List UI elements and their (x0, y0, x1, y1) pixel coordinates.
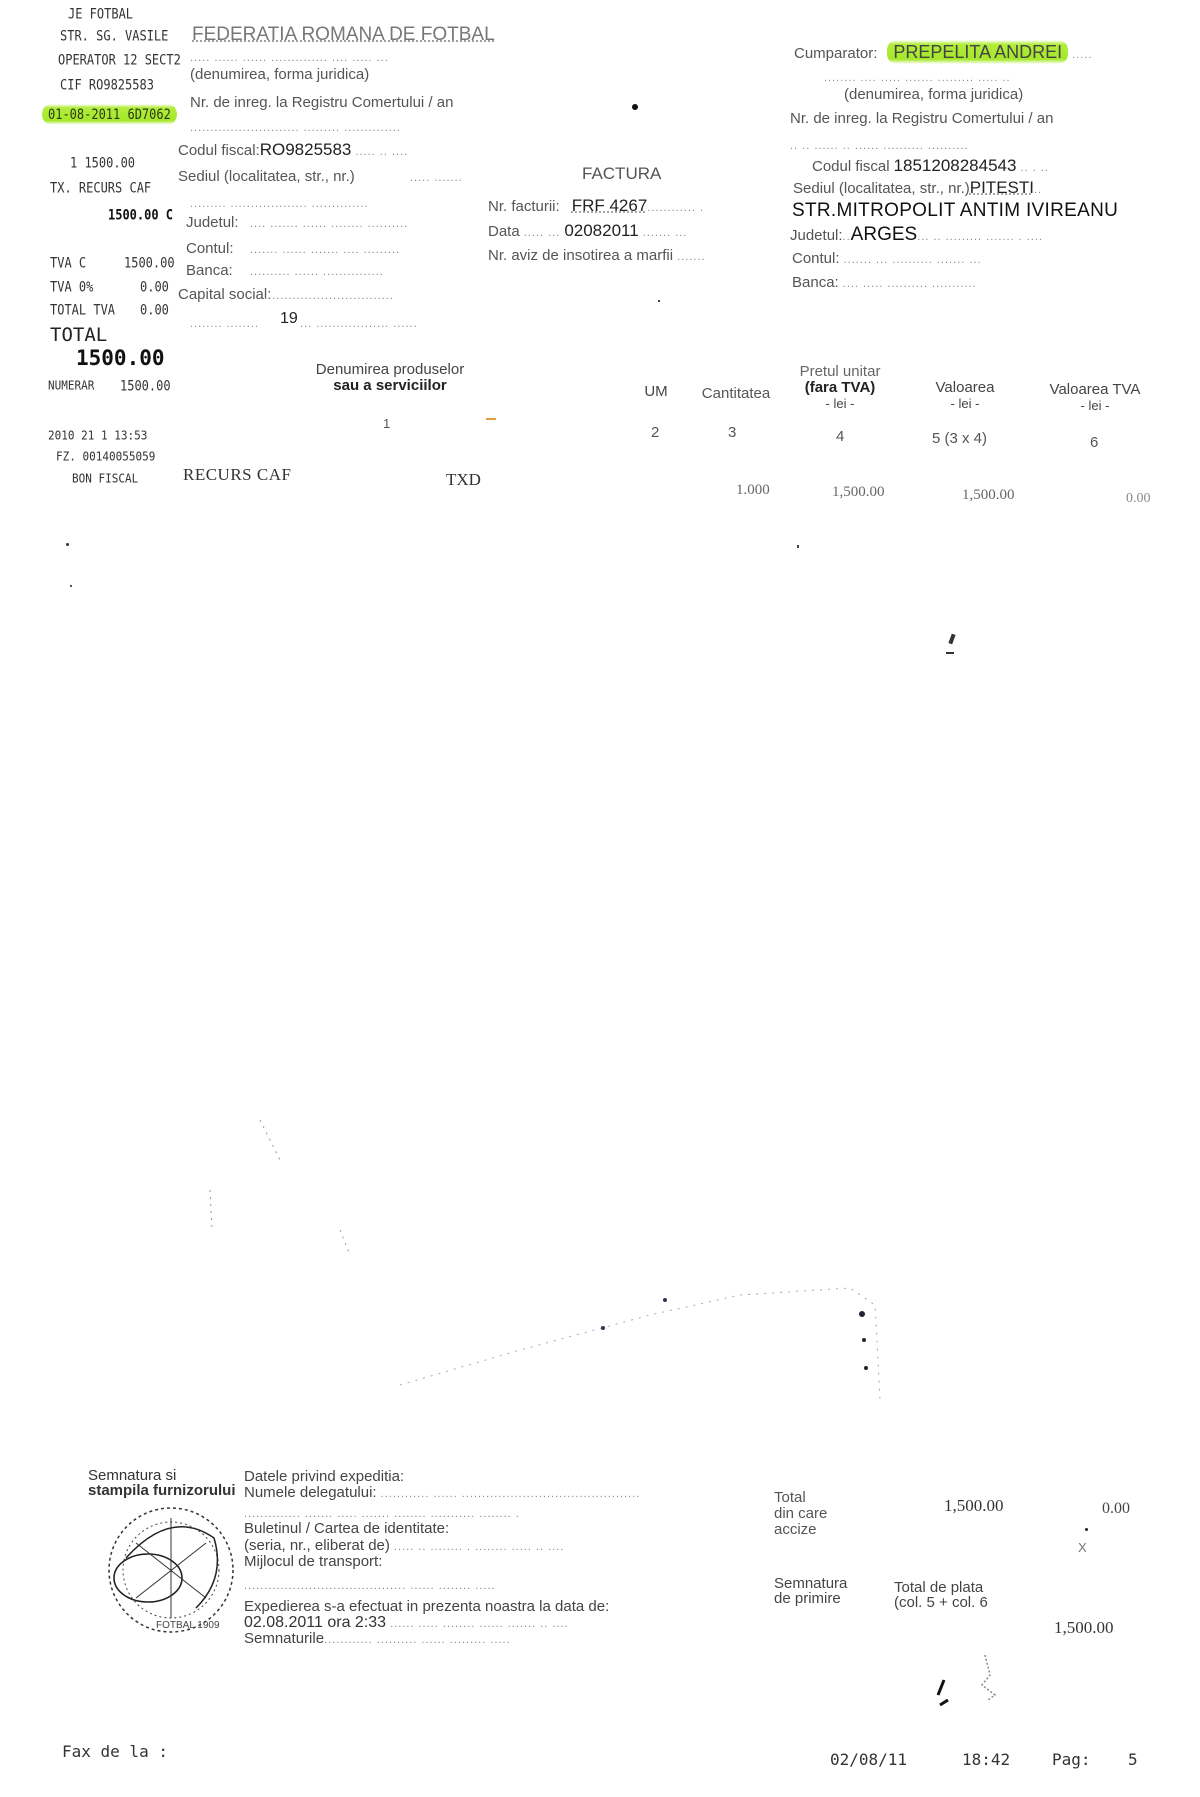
grand-total-line1: Total de plata (894, 1580, 988, 1595)
grand-total-label: Total de plata (col. 5 + col. 6 (894, 1580, 988, 1610)
supplier-fiscal-value: RO9825583 (260, 140, 352, 159)
speck (797, 545, 799, 548)
row-vat: 0.00 (1126, 491, 1151, 507)
signatures-label: Semnaturile (244, 1630, 324, 1647)
dotted-line: ........................... ......... ..… (190, 122, 401, 134)
buyer-address-street: STR.MITROPOLIT ANTIM IVIREANU (792, 200, 1118, 222)
receipt-tax-label: TVA 0% (50, 279, 93, 295)
receipt-signature-label: Semnatura de primire (774, 1576, 847, 1606)
header-price-line3: - lei - (780, 396, 900, 412)
buyer-fiscal-value: 1851208284543 (894, 156, 1017, 175)
supplier-stamp-icon: FOTBAL 1909 (96, 1498, 246, 1638)
transport-label: Mijlocul de transport: (244, 1553, 382, 1570)
supplier-account-label: Contul: (186, 240, 234, 257)
dotted-line: ........................................… (244, 1580, 495, 1592)
row-code: TXD (446, 470, 481, 490)
delegate-row: Numele delegatului: ............ ...... … (244, 1484, 640, 1502)
total-label-line1: Total (774, 1490, 827, 1506)
buyer-fiscal-label: Codul fiscal (812, 158, 890, 175)
id-label: Buletinul / Cartea de identitate: (244, 1520, 449, 1537)
supplier-fiscal-label: Codul fiscal: (178, 142, 260, 159)
signature-scribble (930, 1650, 1010, 1710)
buyer-bank-label: Banca: (792, 274, 839, 291)
buyer-reg-label: Nr. de inreg. la Registru Comertului / a… (790, 110, 1053, 127)
row-product: RECURS CAF (183, 465, 291, 485)
buyer-bank-row: Banca: .... ..... .......... ........... (792, 274, 977, 292)
buyer-name-row: Cumparator: PREPELITA ANDREI ..... (794, 42, 1092, 63)
expedition-datetime: 02.08.2011 ora 2:33 (244, 1614, 386, 1631)
supplier-bank-label: Banca: (186, 262, 233, 279)
dotted-line: ..... ....... (410, 172, 463, 184)
total-label-line2: din care (774, 1506, 827, 1522)
speck (70, 585, 72, 587)
dotted-line: .... ....... ...... ........ .......... (250, 218, 408, 230)
fax-date: 02/08/11 (830, 1750, 907, 1769)
column-number: 2 (651, 424, 659, 441)
total-value: 1,500.00 (944, 1496, 1004, 1516)
id-caption: (seria, nr., eliberat de) (244, 1537, 390, 1554)
receipt-total-label: TOTAL (50, 324, 107, 346)
faint-scan-artifact (380, 1260, 940, 1420)
invoice-aviz-row: Nr. aviz de insotirea a marfii ....... (488, 247, 706, 265)
invoice-number-row: Nr. facturii: FRF 4267............ . (488, 196, 704, 216)
column-number: 1 (383, 416, 390, 431)
supplier-reg-label: Nr. de inreg. la Registru Comertului / a… (190, 94, 453, 111)
dotted-line: ......... ................... ..........… (190, 198, 368, 210)
supplier-capital-label: Capital social: (178, 286, 271, 303)
header-product-line2: sau a serviciilor (290, 378, 490, 394)
buyer-address-city: PITESTI (970, 178, 1034, 197)
pen-mark (946, 652, 954, 654)
header-vat: Valoarea TVA - lei - (1030, 382, 1160, 414)
receipt-item-name: TX. RECURS CAF (50, 180, 151, 196)
total-vat: 0.00 (1102, 1500, 1130, 1518)
receipt-total-value: 1500.00 (76, 346, 165, 370)
column-number: 3 (728, 424, 736, 441)
buyer-address-row: Sediul (localitatea, str., nr.)PITESTI.. (793, 178, 1042, 198)
dotted-line: ................................. (260, 290, 394, 302)
invoice-date-label: Data (488, 223, 520, 240)
total-label: Total din care accize (774, 1490, 827, 1538)
invoice-number-label: Nr. facturii: (488, 198, 560, 215)
receipt-tax-value: 1500.00 (124, 255, 175, 271)
receipt-payment-label: NUMERAR (48, 378, 94, 393)
excise-mark: X (1078, 1540, 1087, 1555)
buyer-county-value: ARGES (851, 224, 918, 245)
dotted-line: ... .................. ...... (300, 318, 418, 330)
svg-text:FOTBAL 1909: FOTBAL 1909 (156, 1620, 220, 1631)
speck (658, 300, 660, 302)
signatures-row: Semnaturile............ .......... .....… (244, 1630, 511, 1648)
header-qty: Cantitatea (686, 386, 786, 402)
header-price-line2: (fara TVA) (780, 380, 900, 396)
buyer-name-caption: (denumirea, forma juridica) (844, 86, 1023, 103)
receipt-tax-label: TVA C (50, 255, 86, 271)
supplier-name-caption: (denumirea, forma juridica) (190, 66, 369, 83)
grand-total-value: 1,500.00 (1054, 1618, 1114, 1638)
buyer-county-row: Judetul:..ARGES... .. ......... ....... … (790, 224, 1043, 246)
fax-from-label: Fax de la : (62, 1742, 168, 1761)
receipt-footer-line: 2010 21 1 13:53 (48, 428, 147, 443)
buyer-address-label: Sediul (localitatea, str., nr.) (793, 180, 970, 197)
dotted-line: ..... ...... ...... .............. .... … (190, 52, 389, 64)
invoice-date-row: Data ..... ... 02082011 ....... ... (488, 221, 687, 241)
speck (1085, 1528, 1088, 1531)
supplier-capital-value: 19 (280, 310, 298, 328)
dotted-line: ........ ........ (190, 318, 259, 330)
grand-total-line2: (col. 5 + col. 6 (894, 1595, 988, 1610)
header-value-line2: - lei - (910, 396, 1020, 412)
dotted-line: .............. ....... ..... ....... ...… (244, 1508, 520, 1520)
column-number: 6 (1090, 434, 1098, 451)
header-unit-price: Pretul unitar (fara TVA) - lei - (780, 364, 900, 412)
receipt-tax-label: TOTAL TVA (50, 302, 115, 318)
row-qty: 1.000 (736, 482, 770, 499)
receipt-header-line: JE FOTBAL (68, 6, 133, 22)
fax-page-label: Pag: (1052, 1750, 1091, 1769)
header-vat-line1: Valoarea TVA (1030, 382, 1160, 398)
buyer-account-row: Contul: ....... ... .......... ....... .… (792, 250, 982, 268)
signature-label-line1: Semnatura si (88, 1468, 236, 1483)
supplier-address-label: Sediul (localitatea, str., nr.) (178, 168, 355, 185)
speck (66, 543, 69, 546)
invoice-aviz-label: Nr. aviz de insotirea a marfii (488, 247, 673, 264)
receipt-footer-line: FZ. 00140055059 (56, 449, 155, 464)
delegate-label: Numele delegatului: (244, 1484, 377, 1501)
fax-page-number: 5 (1128, 1750, 1138, 1769)
invoice-title: FACTURA (582, 164, 661, 184)
receipt-item-total: 1500.00 C (108, 207, 173, 223)
dotted-line: .. .. ...... .. ...... .......... ......… (790, 140, 968, 152)
receipt-footer-line: BON FISCAL (72, 471, 138, 486)
dotted-line: ........ .... ..... ....... ......... ..… (824, 72, 1011, 84)
invoice-date-value: 02082011 (564, 221, 638, 240)
supplier-signature-label: Semnatura si stampila furnizorului (88, 1468, 236, 1498)
header-um: UM (636, 384, 676, 400)
buyer-fiscal-row: Codul fiscal 1851208284543 .. . .. (812, 156, 1049, 176)
row-unit-price: 1,500.00 (832, 484, 885, 501)
header-value: Valoarea - lei - (910, 380, 1020, 412)
header-product: Denumirea produselor sau a serviciilor (290, 362, 490, 394)
dotted-line: ....... ...... ....... .... ......... (250, 244, 400, 256)
receipt-signature-line2: de primire (774, 1591, 847, 1606)
buyer-label: Cumparator: (794, 45, 877, 62)
receipt-highlighted-date: 01-08-2011 6D7062 (42, 104, 177, 125)
receipt-tax-value: 0.00 (140, 302, 169, 318)
fax-time: 18:42 (962, 1750, 1010, 1769)
punch-mark (632, 104, 638, 110)
pen-mark (948, 634, 955, 645)
header-value-line1: Valoarea (910, 380, 1020, 396)
faint-scan-artifact (200, 1110, 350, 1290)
dotted-line: .......... ...... ............... (250, 266, 384, 278)
supplier-name: FEDERATIA ROMANA DE FOTBAL (192, 24, 495, 46)
receipt-header-line: STR. SG. VASILE (60, 28, 168, 44)
expedition-line: Expedierea s-a efectuat in prezenta noas… (244, 1598, 609, 1615)
receipt-payment-value: 1500.00 (120, 378, 171, 394)
buyer-account-label: Contul: (792, 250, 840, 267)
orange-speck (486, 418, 496, 420)
receipt-signature-line1: Semnatura (774, 1576, 847, 1591)
buyer-county-label: Judetul: (790, 227, 843, 244)
row-value: 1,500.00 (962, 487, 1015, 504)
receipt-item-qty-price: 1 1500.00 (70, 155, 135, 171)
invoice-number-value: FRF 4267 (572, 196, 648, 215)
column-number: 5 (3 x 4) (932, 430, 987, 447)
signature-label-line2: stampila furnizorului (88, 1483, 236, 1498)
supplier-county-label: Judetul: (186, 214, 239, 231)
receipt-header-line: CIF RO9825583 (60, 77, 154, 93)
header-product-line1: Denumirea produselor (290, 362, 490, 378)
header-vat-line2: - lei - (1030, 398, 1160, 414)
buyer-name: PREPELITA ANDREI (887, 40, 1068, 64)
total-label-line3: accize (774, 1522, 827, 1538)
supplier-fiscal-row: Codul fiscal:RO9825583 ..... .. .... (178, 140, 408, 160)
column-number: 4 (836, 428, 844, 445)
receipt-tax-value: 0.00 (140, 279, 169, 295)
receipt-header-line: OPERATOR 12 SECT2 (58, 52, 181, 68)
header-price-line1: Pretul unitar (780, 364, 900, 380)
expedition-title: Datele privind expeditia: (244, 1468, 404, 1485)
